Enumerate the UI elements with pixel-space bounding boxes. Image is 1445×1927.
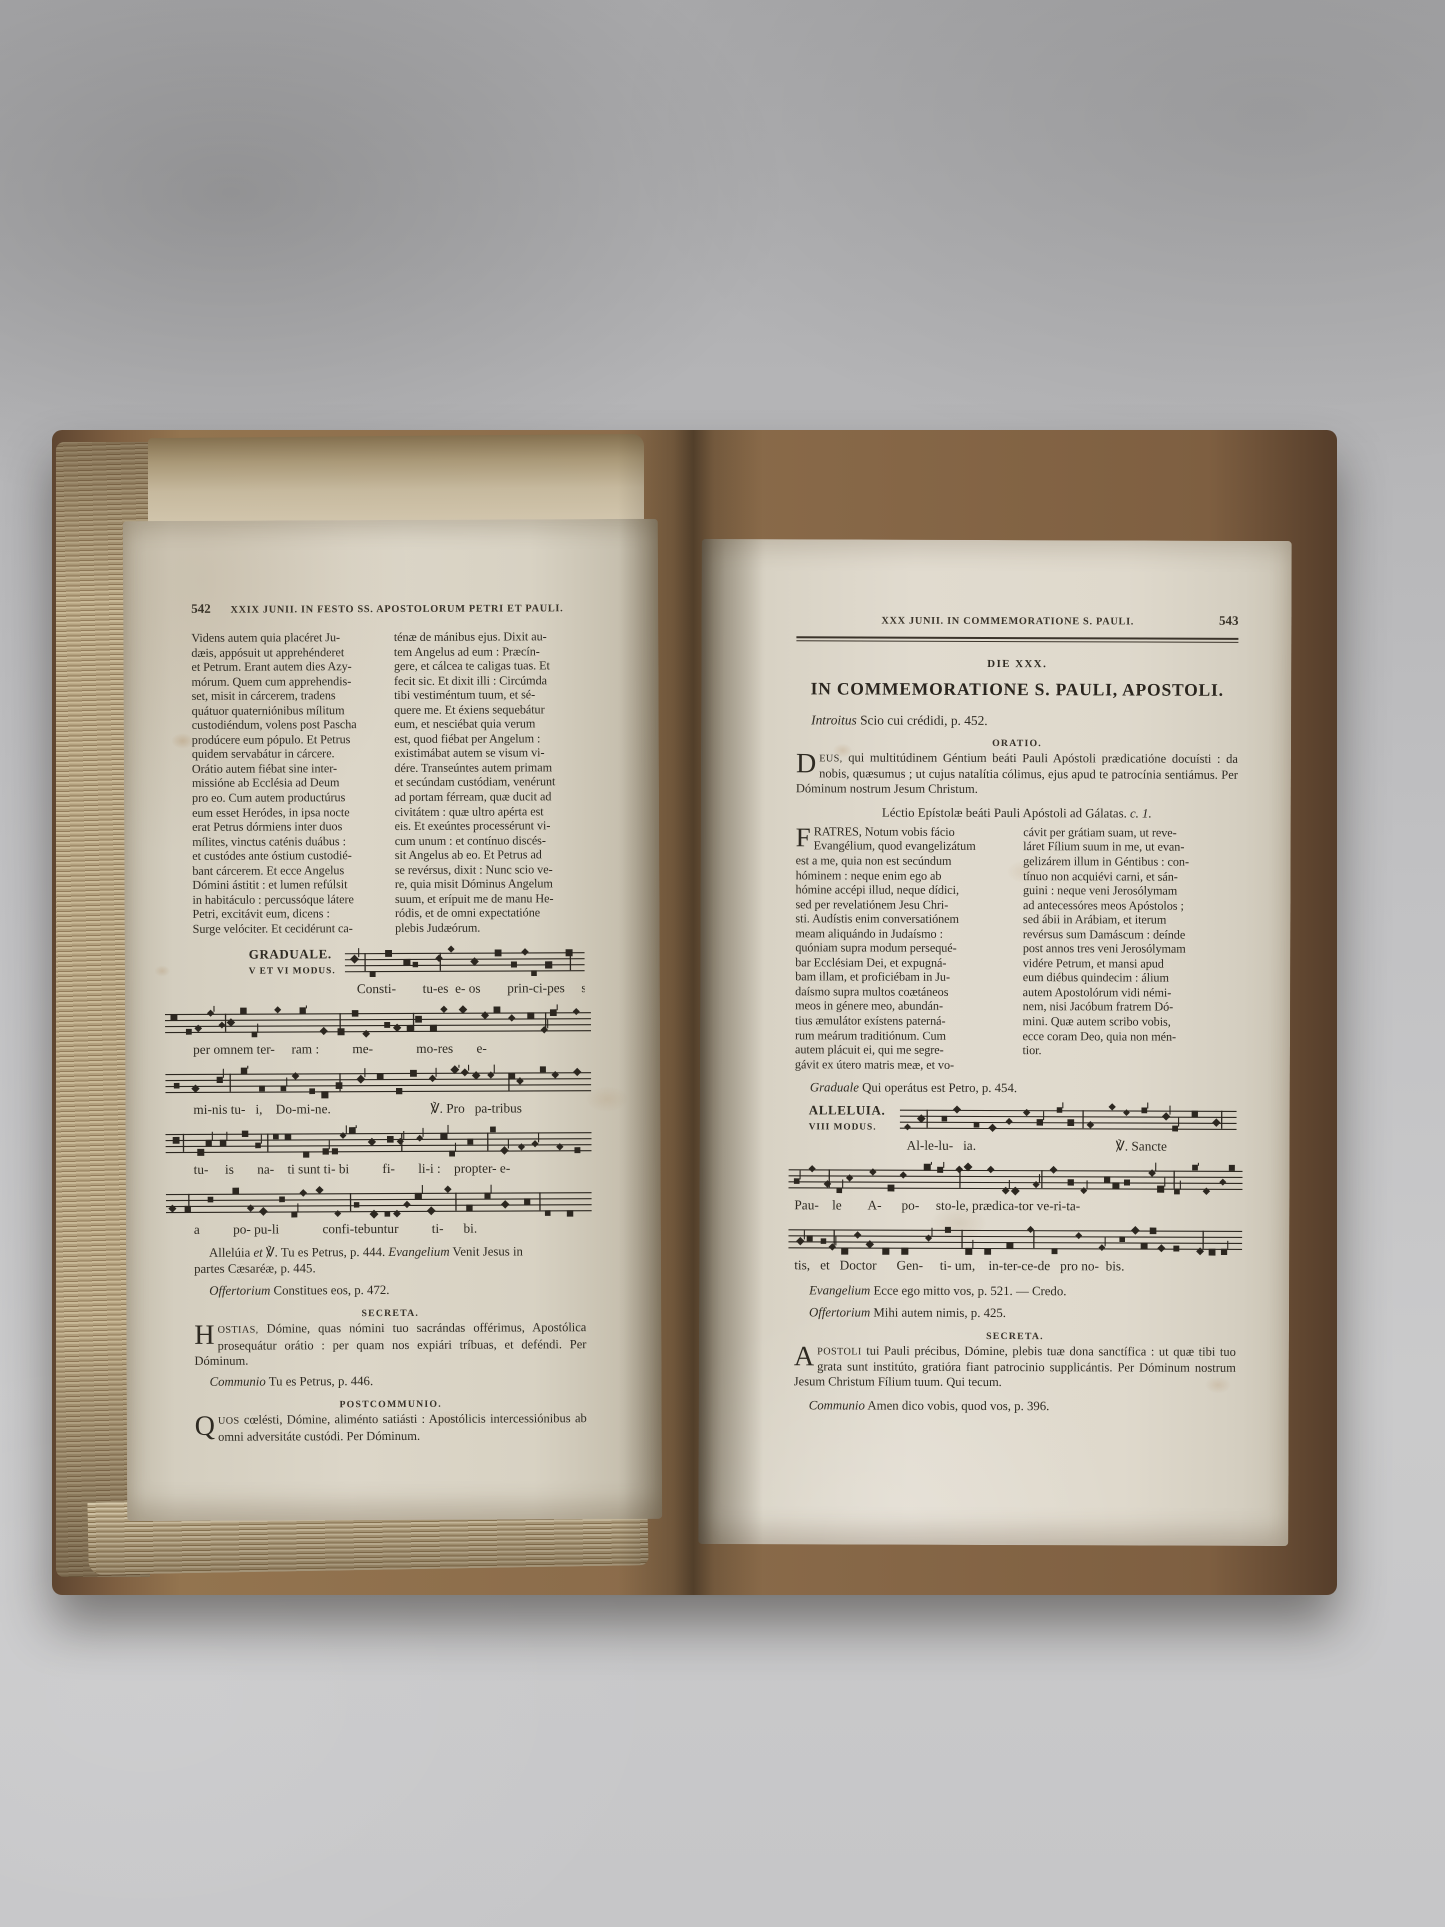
lyric-line: tu- is na- ti sunt ti- bi fi- li-i : pro…	[194, 1160, 586, 1179]
music-staff	[345, 945, 585, 980]
lead-word: OSTIAS,	[218, 1325, 259, 1336]
postcommunio-paragraph: QUOS cœlésti, Dómine, aliménto satiásti …	[195, 1411, 587, 1444]
double-rule	[796, 636, 1238, 643]
page-number: 543	[1219, 613, 1239, 629]
text-columns: F RATRES, Notum vobis fácio Evangélium, …	[795, 824, 1238, 1073]
italic-label: Graduale	[810, 1081, 859, 1095]
paragraph-text: qui multitúdinem Géntium beáti Pauli Apó…	[796, 750, 1238, 796]
right-page: XXX JUNII. IN COMMEMORATIONE S. PAULI. 5…	[698, 539, 1292, 1546]
text-column-left: F RATRES, Notum vobis fácio Evangélium, …	[795, 824, 1010, 1072]
alleluia-label: ALLELUIA.	[809, 1102, 900, 1118]
lyric-line: per omnem ter- ram : me- mo-res e-	[193, 1040, 585, 1059]
paragraph-text: cœlésti, Dómine, aliménto satiásti : Apo…	[218, 1411, 587, 1443]
modus-label: V ET VI MODUS.	[249, 967, 345, 977]
lead-word: POSTOLI	[817, 1346, 862, 1357]
music-staff	[788, 1221, 1242, 1257]
secreta-paragraph: APOSTOLI tui Pauli précibus, Dómine, ple…	[794, 1343, 1236, 1391]
reference-text: Mihi autem nimis, p. 425.	[870, 1306, 1006, 1320]
text-column-left: Videns autem quia placéret Ju- dæis, app…	[191, 630, 382, 936]
drop-cap: H	[194, 1322, 217, 1348]
secreta-heading: SECRETA.	[794, 1330, 1236, 1343]
chapter-reference: c. 1.	[1130, 806, 1152, 820]
communio-reference: Communio Tu es Petrus, p. 446.	[195, 1374, 587, 1391]
photo-of-open-missal: { "left_page": { "page_number": "542", "…	[0, 0, 1445, 1927]
italic-label: Offertorium	[809, 1306, 870, 1320]
offertorium-reference: Offertorium Mihi autem nimis, p. 425.	[794, 1305, 1236, 1322]
secreta-heading: SECRETA.	[194, 1307, 586, 1320]
left-page-content: 542 XXIX JUNII. IN FESTO SS. APOSTOLORUM…	[191, 599, 587, 1444]
music-staff	[900, 1101, 1237, 1136]
graduale-reference: Graduale Qui operátus est Petro, p. 454.	[795, 1080, 1237, 1097]
introitus-reference: Introitus Scio cui crédidi, p. 452.	[796, 712, 1238, 729]
text-columns: Videns autem quia placéret Ju- dæis, app…	[191, 629, 584, 936]
lyric-line: a po- pu-li confi-tebuntur ti- bi.	[194, 1220, 586, 1239]
left-page: 542 XXIX JUNII. IN FESTO SS. APOSTOLORUM…	[123, 519, 662, 1521]
modus-label: VIII MODUS.	[809, 1122, 900, 1132]
evangelium-reference: Evangelium Ecce ego mitto vos, p. 521. —…	[794, 1283, 1236, 1300]
heading-text: Léctio Epístolæ beáti Pauli Apóstoli ad …	[882, 805, 1130, 820]
reference-text: Amen dico vobis, quod vos, p. 396.	[865, 1399, 1050, 1414]
alleluia-label-block: ALLELUIA. VIII MODUS.	[795, 1102, 900, 1135]
music-staff	[166, 1185, 592, 1221]
offertorium-reference: Offertorium Constitues eos, p. 472.	[194, 1283, 586, 1300]
italic-word: Evangelium	[388, 1245, 449, 1259]
oratio-paragraph: DEUS, qui multitúdinem Géntium beáti Pau…	[796, 750, 1238, 798]
drop-cap: A	[794, 1343, 817, 1369]
drop-cap: F	[796, 825, 811, 849]
drop-cap: D	[796, 750, 819, 776]
graduale-row: GRADUALE. V ET VI MODUS.	[193, 945, 585, 981]
lectio-heading: Léctio Epístolæ beáti Pauli Apóstoli ad …	[796, 805, 1238, 822]
drop-cap: Q	[195, 1413, 218, 1439]
text-column-right: cávit per grátiam suam, ut reve- láret F…	[1022, 825, 1237, 1073]
music-staff	[165, 1005, 591, 1041]
graduale-label-block: GRADUALE. V ET VI MODUS.	[193, 947, 345, 981]
lyric-line: Consti- tu-es e- os prin-ci-pes su-	[193, 980, 585, 999]
running-header-row: XXX JUNII. IN COMMEMORATIONE S. PAULI. 5…	[796, 611, 1238, 629]
music-staff	[165, 1125, 591, 1161]
lyric-line: Pau- le A- po- sto-le, prædica-tor ve-ri…	[794, 1196, 1236, 1215]
reference-text: ℣. Tu es Petrus, p. 444.	[263, 1246, 389, 1261]
italic-word: et	[253, 1246, 262, 1260]
text-column-right: ténæ de mánibus ejus. Dixit au- tem Ange…	[394, 629, 585, 935]
music-staff	[788, 1161, 1242, 1197]
italic-label: Introitus	[811, 712, 857, 727]
lyric-line: mi-nis tu- i, Do-mi-ne. ℣. Pro pa-tribus	[193, 1100, 585, 1119]
lyric-line: Al-le-lu- ia. ℣. Sancte	[795, 1136, 1237, 1155]
reference-text: Tu es Petrus, p. 446.	[266, 1374, 373, 1388]
reference-text: Ecce ego mitto vos, p. 521. — Credo.	[870, 1283, 1066, 1298]
reference-text: Constitues eos, p. 472.	[270, 1284, 389, 1299]
italic-label: Communio	[210, 1375, 266, 1389]
italic-label: Offertorium	[209, 1284, 270, 1298]
die-heading: DIE XXX.	[796, 657, 1238, 671]
secreta-paragraph: HOSTIAS, Dómine, quas nómini tuo sacránd…	[194, 1320, 586, 1368]
oratio-heading: ORATIO.	[796, 737, 1238, 750]
lead-word: EUS,	[819, 753, 842, 764]
lyric-line: tis, et Doctor Gen- ti- um, in-ter-ce-de…	[794, 1256, 1236, 1275]
communio-reference: Communio Amen dico vobis, quod vos, p. 3…	[794, 1398, 1236, 1415]
alleluia-reference: Allelúia et ℣. Tu es Petrus, p. 444. Eva…	[194, 1245, 586, 1278]
lead-word: UOS	[218, 1416, 240, 1427]
postcommunio-heading: POSTCOMMUNIO.	[195, 1398, 587, 1411]
reference-text: Scio cui crédidi, p. 452.	[857, 713, 988, 728]
right-page-content: XXX JUNII. IN COMMEMORATIONE S. PAULI. 5…	[794, 611, 1239, 1415]
italic-label: Evangelium	[809, 1283, 870, 1297]
running-header-row: 542 XXIX JUNII. IN FESTO SS. APOSTOLORUM…	[191, 599, 583, 617]
column-text: RATRES, Notum vobis fácio Evangélium, qu…	[795, 824, 976, 1071]
reference-text: Qui operátus est Petro, p. 454.	[859, 1081, 1017, 1096]
feast-title: IN COMMEMORATIONE S. PAULI, APOSTOLI.	[796, 678, 1238, 701]
music-staff	[165, 1065, 591, 1101]
italic-label: Communio	[809, 1398, 865, 1412]
graduale-label: GRADUALE.	[249, 947, 345, 963]
alleluia-row: ALLELUIA. VIII MODUS.	[795, 1101, 1237, 1137]
reference-text: Allelúia	[209, 1246, 253, 1260]
page-number: 542	[191, 601, 211, 617]
running-header: XXX JUNII. IN COMMEMORATIONE S. PAULI.	[796, 615, 1219, 627]
running-header: XXIX JUNII. IN FESTO SS. APOSTOLORUM PET…	[211, 603, 584, 616]
